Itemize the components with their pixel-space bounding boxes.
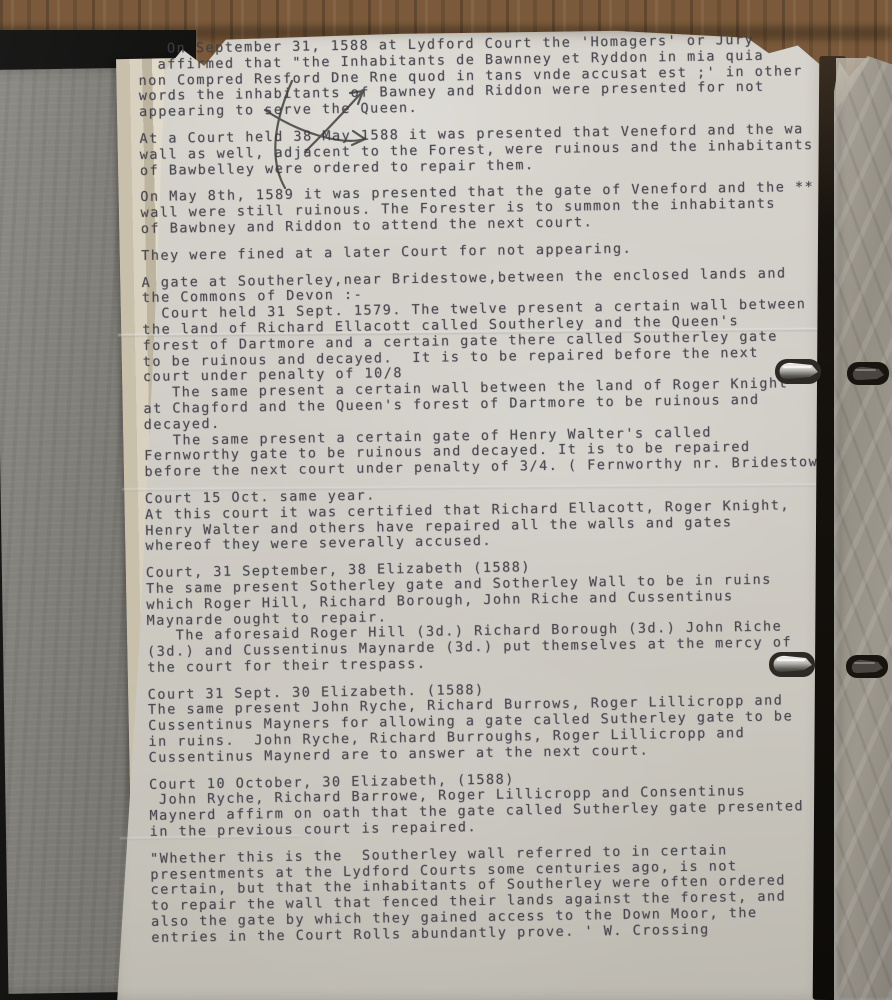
typed-paragraph: Court 15 Oct. same year. At this court i… <box>145 481 848 555</box>
facing-page-edge <box>834 54 892 1000</box>
typed-paragraph: "Whether this is the Southerley wall ref… <box>150 841 853 946</box>
typed-paragraph: Court 31 Sept. 30 Elizabeth. (1588) The … <box>148 677 851 766</box>
split-pin-fastener-icon <box>766 643 826 687</box>
typed-text-block: On September 31, 1588 at Lydford Court t… <box>138 32 854 958</box>
split-pin-fastener-icon <box>772 350 832 394</box>
x-annotation-mark-icon <box>260 78 378 194</box>
typed-paragraph: At a Court held 38 May 1588 it was prese… <box>139 122 842 180</box>
typed-paragraph: On May 8th, 1589 it was presented that t… <box>140 180 843 238</box>
typed-paragraph: On September 31, 1588 at Lydford Court t… <box>138 32 841 121</box>
split-pin-fastener-icon <box>844 647 892 687</box>
typed-paragraph: Court 10 October, 30 Elizabeth, (1588) J… <box>149 767 852 841</box>
split-pin-fastener-icon <box>845 354 892 394</box>
typed-paragraph: A gate at Southerley,near Bridestowe,bet… <box>141 265 846 481</box>
typed-paragraph: They were fined at a later Court for not… <box>141 238 843 264</box>
photo-scene: On September 31, 1588 at Lydford Court t… <box>0 0 892 1000</box>
typed-paragraph: Court, 31 September, 38 Elizabeth (1588)… <box>146 556 850 677</box>
